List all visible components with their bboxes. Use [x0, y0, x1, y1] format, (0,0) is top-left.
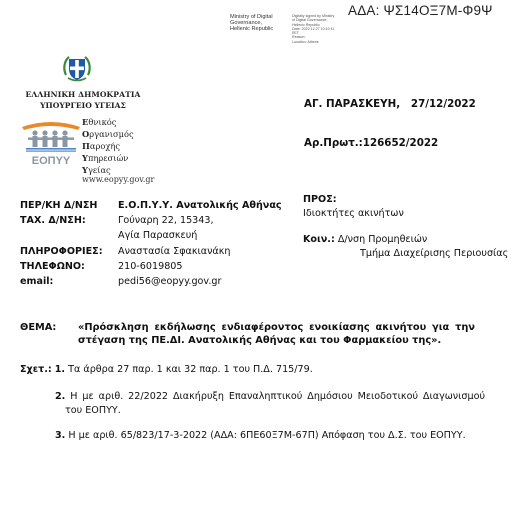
signature-org-line: Hellenic Republic	[230, 26, 290, 32]
place-and-date: ΑΓ. ΠΑΡΑΣΚΕΥΗ, 27/12/2022	[304, 98, 476, 110]
email-link[interactable]: pedi56@eopyy.gov.gr	[118, 274, 268, 289]
recipient-value: Ιδιοκτήτες ακινήτων	[303, 207, 404, 221]
government-name: ΕΛΛΗΝΙΚΗ ΔΗΜΟΚΡΑΤΙΑ	[18, 90, 148, 99]
reference-number: 3.	[55, 430, 65, 441]
ministry-name: ΥΠΟΥΡΓΕΙΟ ΥΓΕΙΑΣ	[18, 101, 148, 110]
ada-code: ΑΔΑ: ΨΣ14ΟΞ7Μ-Φ9Ψ	[348, 3, 493, 18]
signature-detail-line: Location: Athens	[292, 40, 362, 44]
reference-number: 2.	[55, 391, 65, 402]
field-label: ΠΛΗΡΟΦΟΡΙΕΣ:	[20, 244, 118, 259]
cc-value: Δ/νση Προμηθειών	[338, 234, 427, 245]
sender-row-email: email: pedi56@eopyy.gov.gr	[20, 274, 318, 289]
acronym-line: Υπηρεσιών	[82, 152, 134, 164]
subject-text: «Πρόσκληση εκδήλωσης ενδιαφέροντος ενοικ…	[78, 322, 475, 335]
subject-block: ΘΕΜΑ:«Πρόσκληση εκδήλωσης ενδιαφέροντος …	[20, 322, 475, 347]
sender-row-phone: ΤΗΛΕΦΩΝΟ: 210-6019805	[20, 259, 318, 274]
website-link[interactable]: www.eopyy.gov.gr	[82, 175, 154, 184]
reference-text: Η με αριθ. 22/2022 Διακήρυξη Επαναληπτικ…	[70, 391, 485, 402]
reference-text: του ΕΟΠΥΥ.	[55, 404, 485, 418]
sender-row-address: ΤΑΧ. Δ/ΝΣΗ: Γούναρη 22, 15343, Αγία Παρα…	[20, 213, 318, 243]
reference-text: Η με αριθ. 65/823/17-3-2022 (ΑΔΑ: 6ΠΕ60Ξ…	[68, 430, 465, 441]
reference-number: 1.	[55, 364, 65, 375]
cc-label: Κοιν.:	[303, 234, 335, 245]
subject-label: ΘΕΜΑ:	[20, 322, 78, 335]
sender-row-department: ΠΕΡ/ΚΗ Δ/ΝΣΗ Ε.Ο.Π.Υ.Υ. Ανατολικής Αθήνα…	[20, 198, 318, 213]
field-value: Ε.Ο.Π.Υ.Υ. Ανατολικής Αθήνας	[118, 198, 318, 213]
reference-item: 3. Η με αριθ. 65/823/17-3-2022 (ΑΔΑ: 6ΠΕ…	[55, 429, 485, 443]
field-label: ΤΗΛΕΦΩΝΟ:	[20, 259, 118, 274]
reference-text: Τα άρθρα 27 παρ. 1 και 32 παρ. 1 του Π.Δ…	[68, 364, 313, 375]
subject-text: στέγαση της ΠΕ.ΔΙ. Ανατολικής Αθήνας και…	[20, 335, 475, 348]
field-label: email:	[20, 274, 118, 289]
field-value: Αναστασία Σφακιανάκη	[118, 244, 268, 259]
acronym-line: Οργανισμός	[82, 128, 134, 140]
field-value: Γούναρη 22, 15343, Αγία Παρασκευή	[118, 213, 238, 243]
cc-value: Τμήμα Διαχείρισης Περιουσίας	[303, 247, 508, 261]
acronym-line: Παροχής	[82, 140, 134, 152]
recipient-label: ΠΡΟΣ:	[303, 193, 404, 207]
cc-block: Κοιν.: Δ/νση Προμηθειών Τμήμα Διαχείριση…	[303, 233, 508, 261]
reference-item: 2. Η με αριθ. 22/2022 Διακήρυξη Επαναληπ…	[55, 390, 485, 418]
sender-row-contact: ΠΛΗΡΟΦΟΡΙΕΣ: Αναστασία Σφακιανάκη	[20, 244, 318, 259]
svg-text:ΕΟΠΥΥ: ΕΟΠΥΥ	[32, 155, 71, 167]
references-label: Σχετ.:	[20, 364, 52, 375]
recipient-block: ΠΡΟΣ: Ιδιοκτήτες ακινήτων	[303, 193, 404, 221]
acronym-line: Εθνικός	[82, 116, 134, 128]
field-label: ΤΑΧ. Δ/ΝΣΗ:	[20, 213, 118, 243]
sender-info: ΠΕΡ/ΚΗ Δ/ΝΣΗ Ε.Ο.Π.Υ.Υ. Ανατολικής Αθήνα…	[20, 198, 318, 289]
eopyy-logo-icon: ΕΟΠΥΥ	[20, 118, 82, 168]
reference-item: Σχετ.: 1. Τα άρθρα 27 παρ. 1 και 32 παρ.…	[20, 363, 313, 377]
field-label: ΠΕΡ/ΚΗ Δ/ΝΣΗ	[20, 198, 118, 213]
field-value: 210-6019805	[118, 259, 268, 274]
organization-acronym: Εθνικός Οργανισμός Παροχής Υπηρεσιών Υγε…	[82, 116, 134, 176]
signature-details: Digitally signed by Ministry of Digital …	[292, 14, 362, 44]
signature-organization: Ministry of Digital Governance, Hellenic…	[230, 14, 290, 33]
protocol-number: Αρ.Πρωτ.:126652/2022	[304, 137, 438, 149]
greek-emblem-icon	[62, 53, 92, 83]
